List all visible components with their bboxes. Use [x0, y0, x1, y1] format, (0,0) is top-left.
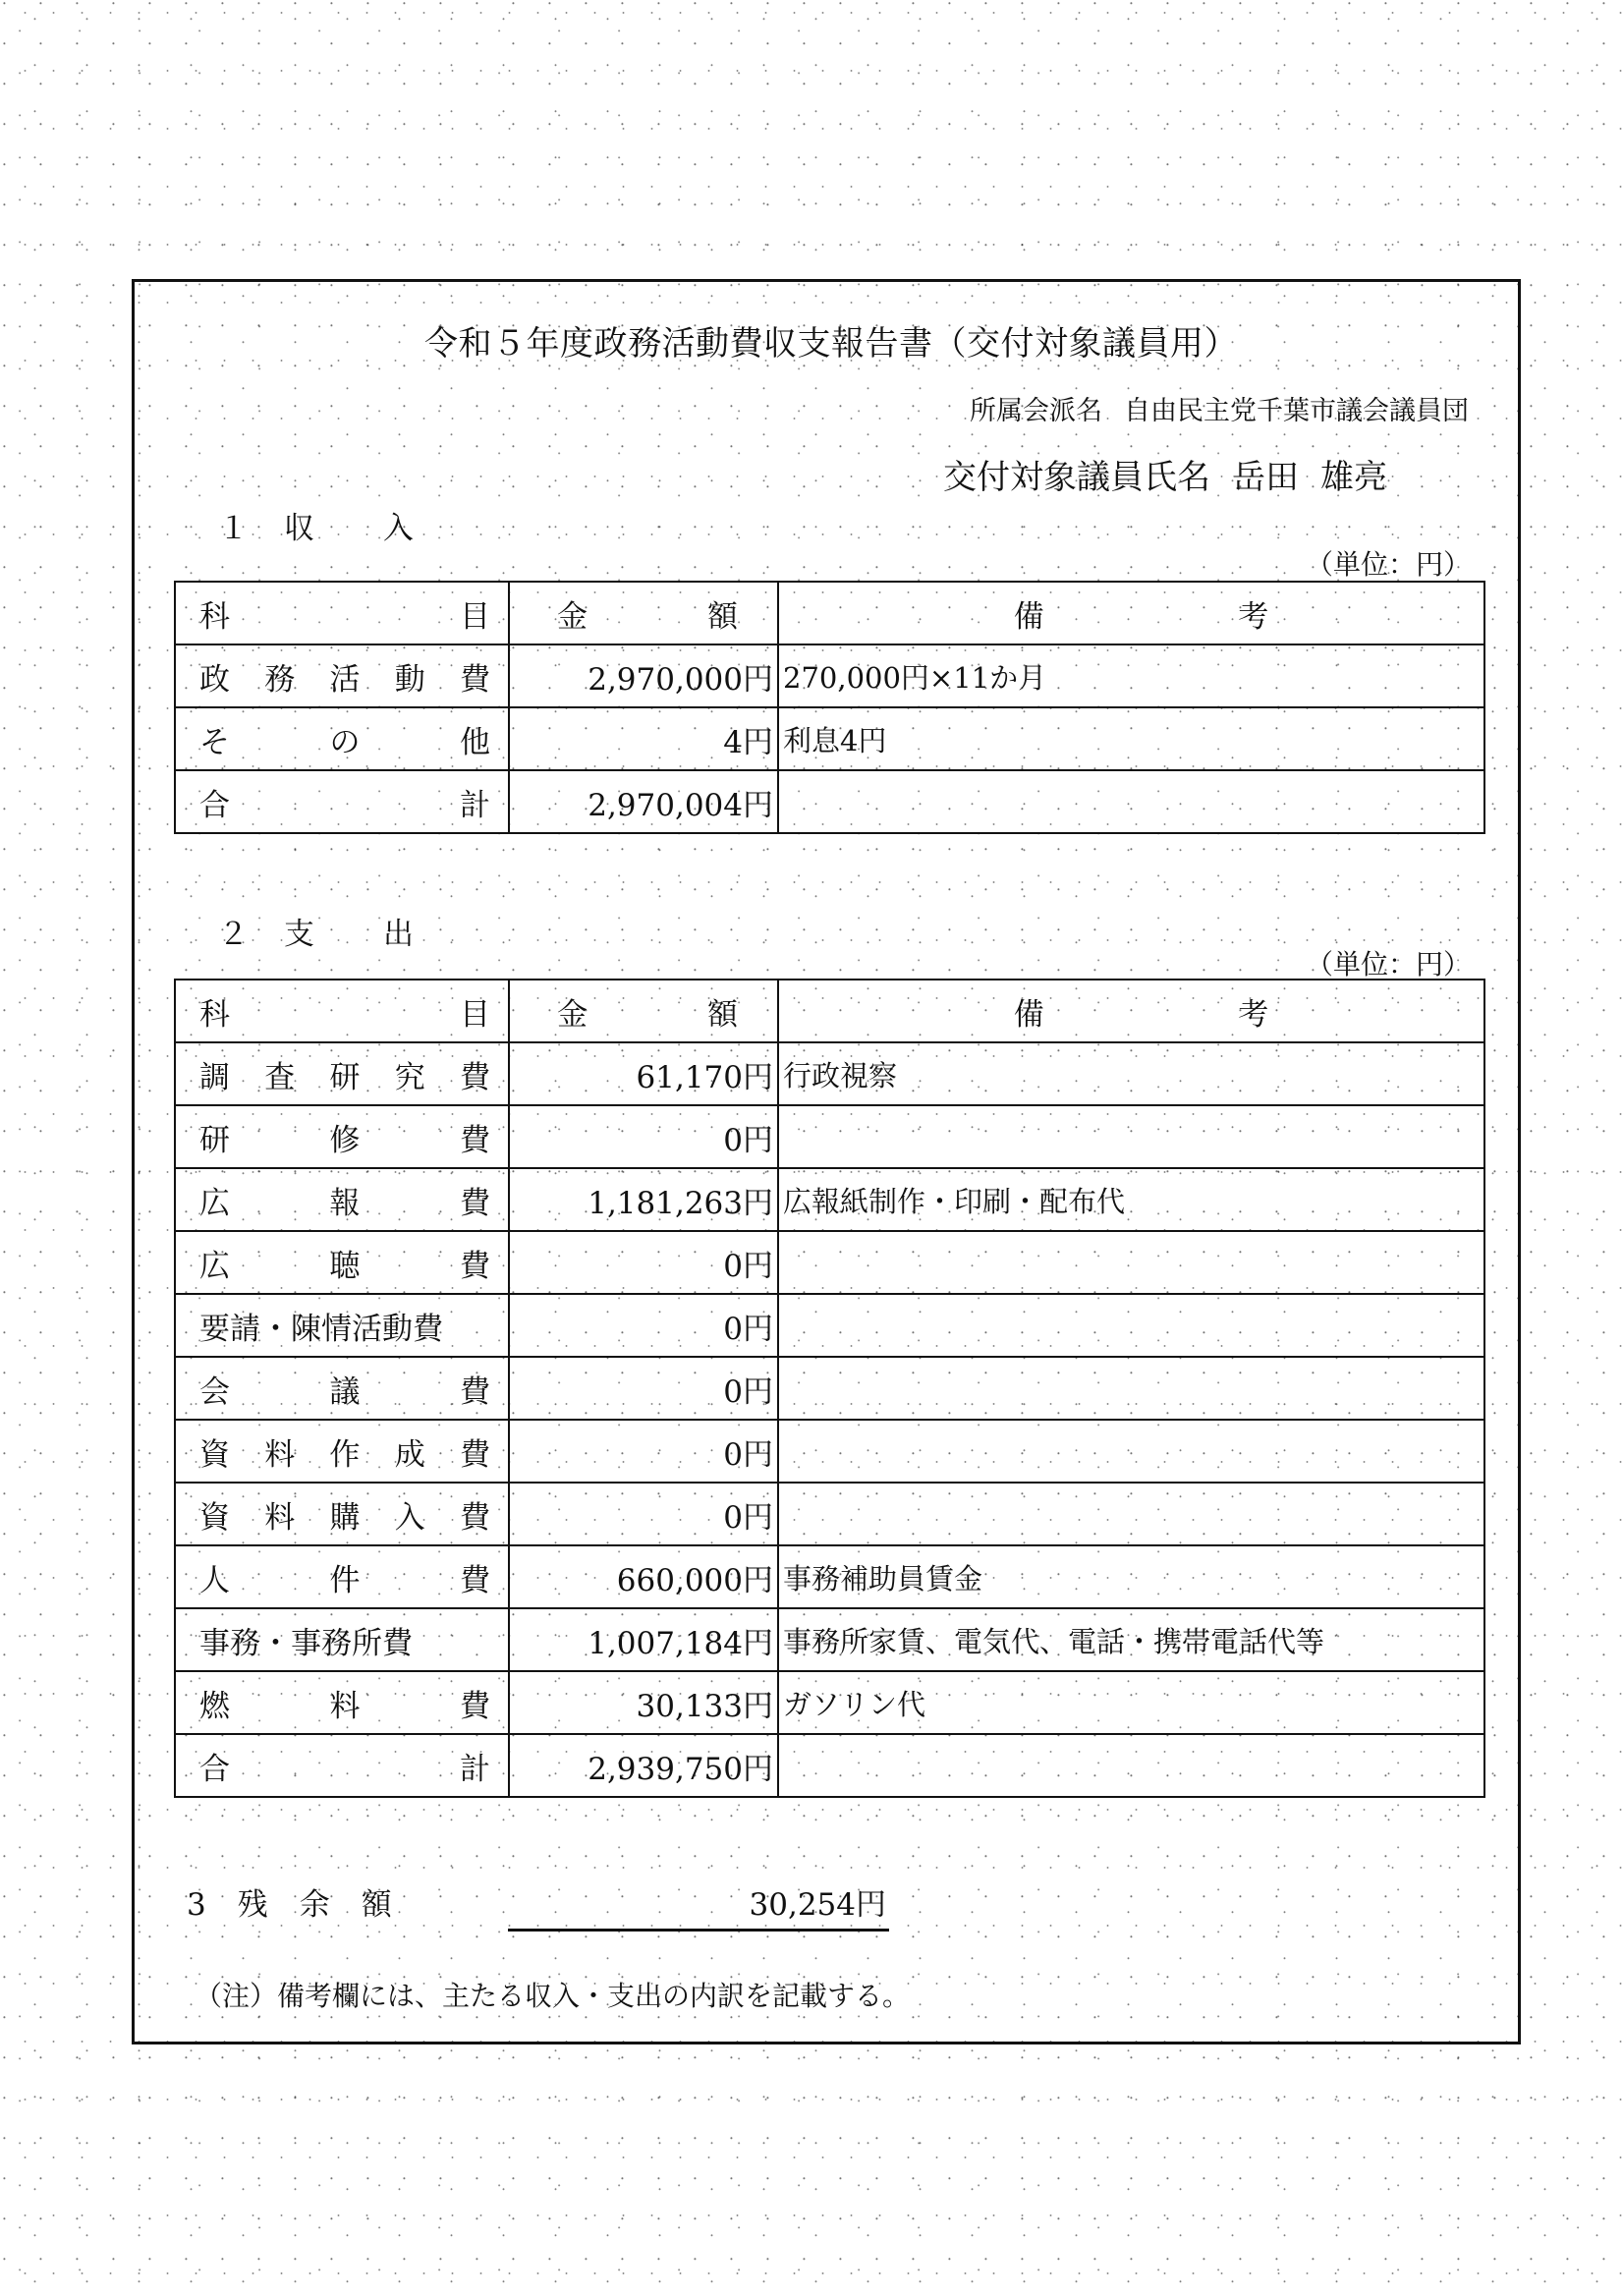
table-row: 広聴費 0円 [175, 1231, 1484, 1294]
affiliation-label: 所属会派名 [970, 396, 1102, 426]
row-amount: 0円 [509, 1357, 778, 1420]
row-subject: 人件費 [175, 1545, 509, 1608]
row-amount: 1,181,263円 [509, 1168, 778, 1231]
row-remarks [778, 1105, 1484, 1168]
row-amount: 0円 [509, 1105, 778, 1168]
row-remarks [778, 770, 1484, 833]
table-row: 会議費 0円 [175, 1357, 1484, 1420]
row-remarks: 事務補助員賃金 [778, 1545, 1484, 1608]
table-header-row: 科目 金額 備考 [175, 582, 1484, 644]
row-remarks: 利息4円 [778, 707, 1484, 770]
row-amount: 4円 [509, 707, 778, 770]
header-amount: 金額 [509, 980, 778, 1042]
member-surname: 岳田 [1232, 458, 1299, 497]
table-row: 事務・事務所費 1,007,184円 事務所家賃、電気代、電話・携帯電話代等 [175, 1608, 1484, 1671]
row-remarks: 広報紙制作・印刷・配布代 [778, 1168, 1484, 1231]
row-remarks [778, 1231, 1484, 1294]
balance-label-char: 額 [362, 1887, 394, 1923]
table-row: 燃料費 30,133円 ガソリン代 [175, 1671, 1484, 1734]
expenditure-section-heading: ２支出 [218, 909, 416, 953]
row-subject: 資料購入費 [175, 1483, 509, 1545]
document-title: 令和５年度政務活動費収支報告書（交付対象議員用） [0, 316, 1623, 364]
income-unit-label: （単位：円） [1306, 543, 1471, 583]
row-subject: 合計 [175, 1734, 509, 1797]
header-remarks: 備考 [778, 980, 1484, 1042]
table-row: 政務活動費 2,970,000円 270,000円×11か月 [175, 644, 1484, 707]
table-row: 調査研究費 61,170円 行政視察 [175, 1042, 1484, 1105]
table-row: 人件費 660,000円 事務補助員賃金 [175, 1545, 1484, 1608]
row-subject: 合計 [175, 770, 509, 833]
header-remarks: 備考 [778, 582, 1484, 644]
balance-label-char: 余 [300, 1887, 332, 1923]
table-row: 要請・陳情活動費 0円 [175, 1294, 1484, 1357]
row-remarks: 行政視察 [778, 1042, 1484, 1105]
row-amount: 2,970,000円 [509, 644, 778, 707]
table-row: その他 4円 利息4円 [175, 707, 1484, 770]
row-subject: 研修費 [175, 1105, 509, 1168]
balance-amount: 30,254円 [508, 1879, 886, 1924]
table-row-total: 合計 2,939,750円 [175, 1734, 1484, 1797]
header-subject: 科目 [175, 980, 509, 1042]
row-amount: 660,000円 [509, 1545, 778, 1608]
row-subject: 要請・陳情活動費 [175, 1294, 509, 1357]
balance-section-number: 3 [187, 1887, 208, 1923]
affiliation-value: 自由民主党千葉市議会議員団 [1124, 396, 1469, 426]
row-amount: 0円 [509, 1420, 778, 1483]
table-row: 研修費 0円 [175, 1105, 1484, 1168]
expenditure-section-number: ２ [218, 917, 251, 952]
income-table: 科目 金額 備考 政務活動費 2,970,000円 270,000円×11か月 … [174, 581, 1485, 834]
row-amount: 2,970,004円 [509, 770, 778, 833]
expenditure-title-char: 支 [284, 917, 316, 952]
row-amount: 0円 [509, 1483, 778, 1545]
header-subject: 科目 [175, 582, 509, 644]
expenditure-table: 科目 金額 備考 調査研究費 61,170円 行政視察 研修費 0円 広報費 1… [174, 979, 1485, 1798]
expenditure-unit-label: （単位：円） [1306, 943, 1471, 982]
member-label: 交付対象議員氏名 [943, 458, 1210, 497]
row-amount: 61,170円 [509, 1042, 778, 1105]
row-remarks [778, 1420, 1484, 1483]
table-row-total: 合計 2,970,004円 [175, 770, 1484, 833]
row-subject: 事務・事務所費 [175, 1608, 509, 1671]
income-title-char: 収 [284, 511, 316, 546]
row-remarks [778, 1483, 1484, 1545]
row-amount: 0円 [509, 1231, 778, 1294]
row-remarks: 270,000円×11か月 [778, 644, 1484, 707]
row-remarks: 事務所家賃、電気代、電話・携帯電話代等 [778, 1608, 1484, 1671]
balance-heading: 3残余額 [187, 1879, 394, 1924]
row-subject: 調査研究費 [175, 1042, 509, 1105]
row-subject: 広聴費 [175, 1231, 509, 1294]
row-remarks [778, 1357, 1484, 1420]
table-row: 資料購入費 0円 [175, 1483, 1484, 1545]
income-title-char: 入 [383, 511, 416, 546]
expenditure-title-char: 出 [383, 917, 416, 952]
header-amount: 金額 [509, 582, 778, 644]
row-amount: 1,007,184円 [509, 1608, 778, 1671]
row-subject: 資料作成費 [175, 1420, 509, 1483]
row-subject: 広報費 [175, 1168, 509, 1231]
income-section-heading: １収入 [218, 503, 416, 547]
balance-label-char: 残 [238, 1887, 270, 1923]
table-row: 広報費 1,181,263円 広報紙制作・印刷・配布代 [175, 1168, 1484, 1231]
table-header-row: 科目 金額 備考 [175, 980, 1484, 1042]
row-amount: 30,133円 [509, 1671, 778, 1734]
row-amount: 0円 [509, 1294, 778, 1357]
footnote: （注）備考欄には、主たる収入・支出の内訳を記載する。 [195, 1975, 910, 2014]
row-remarks: ガソリン代 [778, 1671, 1484, 1734]
income-section-number: １ [218, 511, 251, 546]
row-subject: 政務活動費 [175, 644, 509, 707]
member-given-name: 雄亮 [1320, 458, 1387, 497]
row-subject: 会議費 [175, 1357, 509, 1420]
row-subject: 燃料費 [175, 1671, 509, 1734]
table-row: 資料作成費 0円 [175, 1420, 1484, 1483]
affiliation-line: 所属会派名自由民主党千葉市議会議員団 [970, 389, 1469, 427]
row-subject: その他 [175, 707, 509, 770]
member-name-line: 交付対象議員氏名岳田雄亮 [943, 450, 1387, 498]
row-remarks [778, 1294, 1484, 1357]
row-remarks [778, 1734, 1484, 1797]
row-amount: 2,939,750円 [509, 1734, 778, 1797]
balance-underline [508, 1929, 889, 1932]
